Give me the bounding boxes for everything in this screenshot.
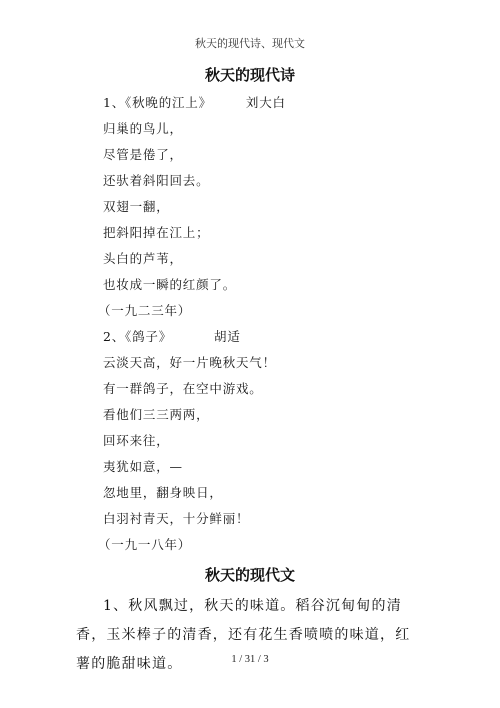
poem-line: 夷犹如意，—: [103, 457, 183, 475]
poem-heading: 2、《鸽子》胡适: [103, 327, 241, 345]
page-number: 1 / 31 / 3: [0, 654, 500, 665]
poem-heading: 1、《秋晚的江上》刘大白: [103, 93, 286, 111]
poem-line: 归巢的鸟儿，: [103, 119, 183, 137]
poem-line: 尽管是倦了，: [103, 145, 183, 163]
poem-line: 双翅一翻，: [103, 197, 170, 215]
prose-paragraph: 1、秋风飘过，秋天的味道。稻谷沉甸甸的清香，玉米棒子的清香，还有花生香喷喷的味道…: [76, 592, 416, 679]
poem-line: 回环来往，: [103, 431, 170, 449]
section-title-prose: 秋天的现代文: [0, 564, 500, 585]
running-header: 秋天的现代诗、现代文: [0, 35, 500, 51]
poem-line: 头白的芦苇，: [103, 249, 183, 267]
poem-title: 1、《秋晚的江上》: [103, 95, 212, 110]
poem-line: 也妆成一瞬的红颜了。: [103, 275, 236, 293]
poem-line: 把斜阳掉在江上；: [103, 223, 209, 241]
poem-title: 2、《鸽子》: [103, 329, 172, 344]
poem-year: （一九二三年）: [98, 301, 191, 319]
poem-author: 刘大白: [246, 93, 286, 111]
poem-year: （一九一八年）: [98, 535, 191, 553]
poem-line: 白羽衬青天，十分鲜丽！: [103, 509, 249, 527]
poem-line: 还驮着斜阳回去。: [103, 171, 209, 189]
section-title-poems: 秋天的现代诗: [0, 64, 500, 85]
poem-line: 忽地里，翻身映日，: [103, 483, 223, 501]
poem-author: 胡适: [214, 327, 241, 345]
poem-line: 有一群鸽子，在空中游戏。: [103, 379, 263, 397]
poem-line: 云淡天高，好一片晚秋天气！: [103, 353, 276, 371]
poem-line: 看他们三三两两，: [103, 405, 209, 423]
